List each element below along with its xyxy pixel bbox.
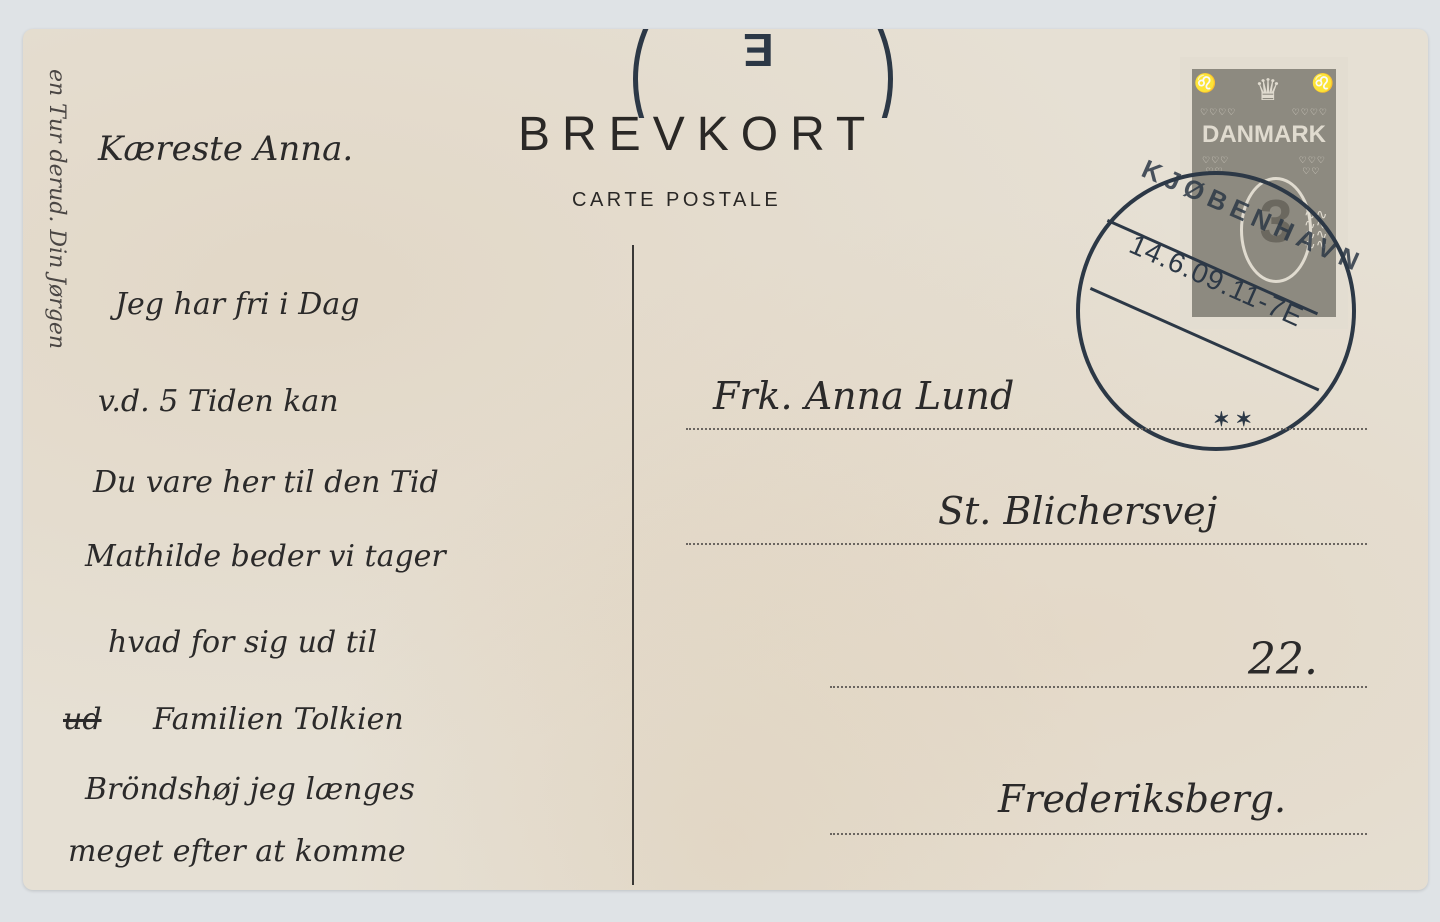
- address-line: [686, 543, 1367, 545]
- stamp-country: DANMARK: [1192, 121, 1336, 149]
- card-subtitle: CARTE POSTALE: [572, 189, 781, 212]
- margin-note: en Tur derud. Din Jørgen: [44, 69, 69, 349]
- hearts-icon: ♡♡♡♡: [1292, 107, 1328, 118]
- address-line: [686, 428, 1367, 430]
- top-postmark-letter: E: [743, 29, 774, 77]
- address-number: 22.: [1248, 634, 1318, 685]
- message-address-divider: [632, 245, 634, 885]
- struck-word: ud: [63, 702, 102, 737]
- address-city: Frederiksberg.: [998, 777, 1286, 821]
- message-line: Mathilde beder vi tager: [85, 539, 446, 574]
- lion-icon: ♌: [1194, 73, 1228, 97]
- crown-icon: ♛: [1248, 73, 1288, 109]
- address-line: [830, 833, 1367, 835]
- message-line: hvad for sig ud til: [108, 625, 377, 660]
- message-line: meget efter at komme: [68, 834, 406, 869]
- address-name: Frk. Anna Lund: [713, 374, 1014, 418]
- message-line: Jeg har fri i Dag: [115, 287, 359, 322]
- message-line: v.d. 5 Tiden kan: [98, 384, 339, 419]
- address-street: St. Blichersvej: [938, 489, 1217, 533]
- lion-icon: ♌: [1300, 73, 1334, 97]
- message-line: Kæreste Anna.: [98, 129, 353, 169]
- message-line: Familien Tolkien: [153, 702, 404, 737]
- postcard: BREVKORT CARTE POSTALE E ♌ ♌ ♛ ♡♡♡♡ ♡♡♡♡…: [23, 29, 1428, 890]
- address-line: [830, 686, 1367, 688]
- hearts-icon: ♡♡♡ ♡♡: [1299, 155, 1326, 177]
- message-line: Du vare her til den Tid: [93, 465, 439, 500]
- message-line: Bröndshøj jeg længes: [85, 772, 415, 807]
- hearts-icon: ♡♡♡♡: [1200, 107, 1236, 118]
